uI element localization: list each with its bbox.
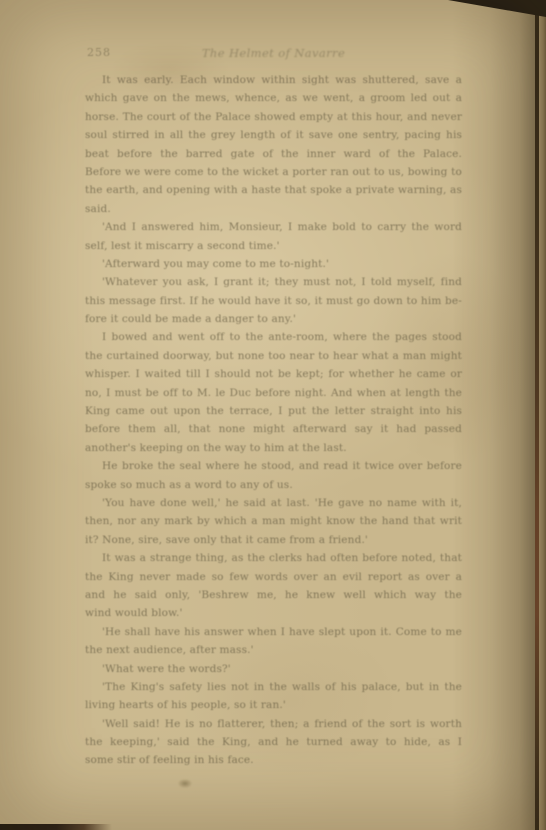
- photo-vignette: [0, 0, 546, 830]
- book-page-photo: 258 The Helmet of Navarre It was early. …: [0, 0, 546, 830]
